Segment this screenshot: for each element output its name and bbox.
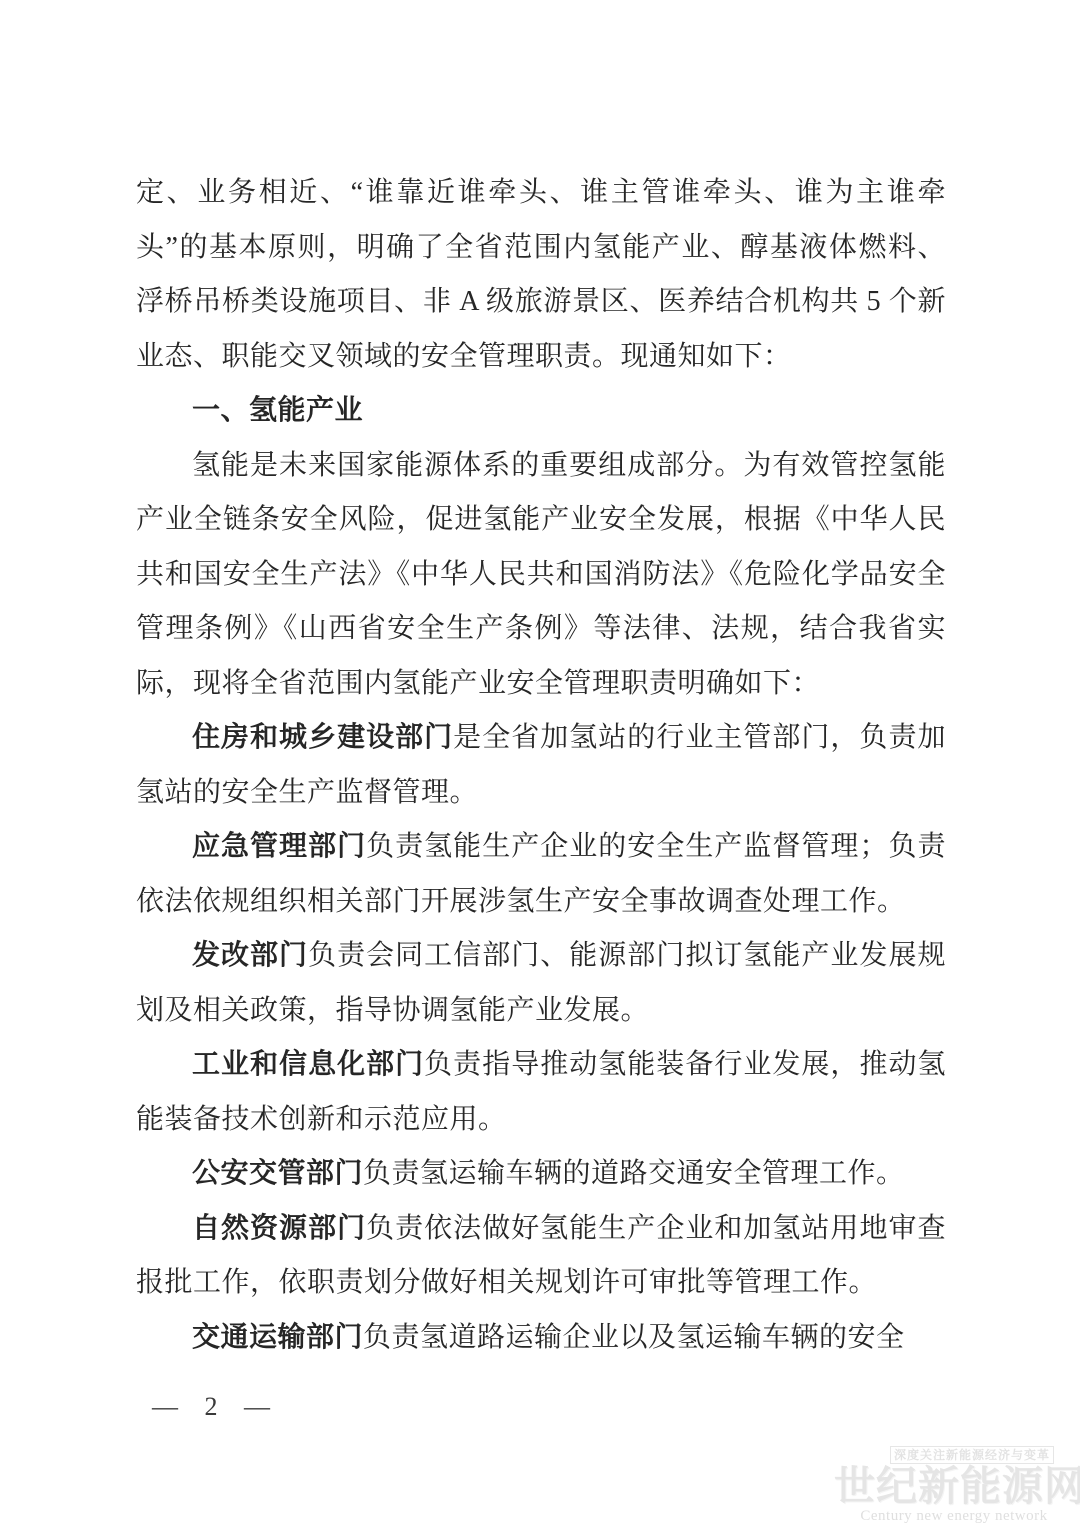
watermark-slogan: 深度关注新能源经济与变革 (890, 1446, 1054, 1464)
watermark: 深度关注新能源经济与变革 世纪新能源网 Century new energy n… (834, 1446, 1074, 1525)
paragraph-text: 氢能是未来国家能源体系的重要组成部分。为有效管控氢能产业全链条安全风险，促进氢能… (136, 450, 946, 699)
paragraph-transport-dept: 交通运输部门负责氢道路运输企业以及氢运输车辆的安全 (136, 1311, 946, 1366)
paragraph-housing-dept: 住房和城乡建设部门是全省加氢站的行业主管部门，负责加氢站的安全生产监督管理。 (136, 711, 946, 820)
watermark-subtitle: Century new energy network (834, 1508, 1074, 1525)
dept-name-industry-it: 工业和信息化部门 (192, 1049, 424, 1080)
dept-name-development-reform: 发改部门 (192, 940, 308, 971)
paragraph-natural-resources-dept: 自然资源部门负责依法做好氢能生产企业和加氢站用地审查报批工作，依职责划分做好相关… (136, 1202, 946, 1311)
watermark-title: 世纪新能源网 (834, 1464, 1074, 1508)
page-number: — 2 — (152, 1392, 280, 1422)
dept-name-transport: 交通运输部门 (192, 1322, 363, 1353)
paragraph-text: 负责氢运输车辆的道路交通安全管理工作。 (363, 1158, 905, 1189)
paragraph-text: 负责氢道路运输企业以及氢运输车辆的安全 (363, 1322, 905, 1353)
dept-name-natural-resources: 自然资源部门 (192, 1213, 366, 1244)
section-heading-hydrogen-industry: 一、氢能产业 (136, 384, 946, 439)
paragraph-text: 定、业务相近、“谁靠近谁牵头、谁主管谁牵头、谁为主谁牵头”的基本原则，明确了全省… (136, 177, 946, 372)
dept-name-housing: 住房和城乡建设部门 (192, 722, 453, 753)
document-page: 定、业务相近、“谁靠近谁牵头、谁主管谁牵头、谁为主谁牵头”的基本原则，明确了全省… (0, 0, 1080, 1527)
paragraph-hydrogen-intro: 氢能是未来国家能源体系的重要组成部分。为有效管控氢能产业全链条安全风险，促进氢能… (136, 439, 946, 712)
paragraph-industry-it-dept: 工业和信息化部门负责指导推动氢能装备行业发展，推动氢能装备技术创新和示范应用。 (136, 1038, 946, 1147)
heading-text: 一、氢能产业 (192, 395, 363, 426)
dept-name-traffic-police: 公安交管部门 (192, 1158, 363, 1189)
paragraph-emergency-dept: 应急管理部门负责氢能生产企业的安全生产监督管理；负责依法依规组织相关部门开展涉氢… (136, 820, 946, 929)
document-body: 定、业务相近、“谁靠近谁牵头、谁主管谁牵头、谁为主谁牵头”的基本原则，明确了全省… (136, 166, 946, 1365)
paragraph-traffic-police-dept: 公安交管部门负责氢运输车辆的道路交通安全管理工作。 (136, 1147, 946, 1202)
watermark-slogan-row: 深度关注新能源经济与变革 (834, 1446, 1074, 1464)
dept-name-emergency: 应急管理部门 (192, 831, 366, 862)
paragraph-continuation: 定、业务相近、“谁靠近谁牵头、谁主管谁牵头、谁为主谁牵头”的基本原则，明确了全省… (136, 166, 946, 384)
paragraph-development-reform-dept: 发改部门负责会同工信部门、能源部门拟订氢能产业发展规划及相关政策，指导协调氢能产… (136, 929, 946, 1038)
